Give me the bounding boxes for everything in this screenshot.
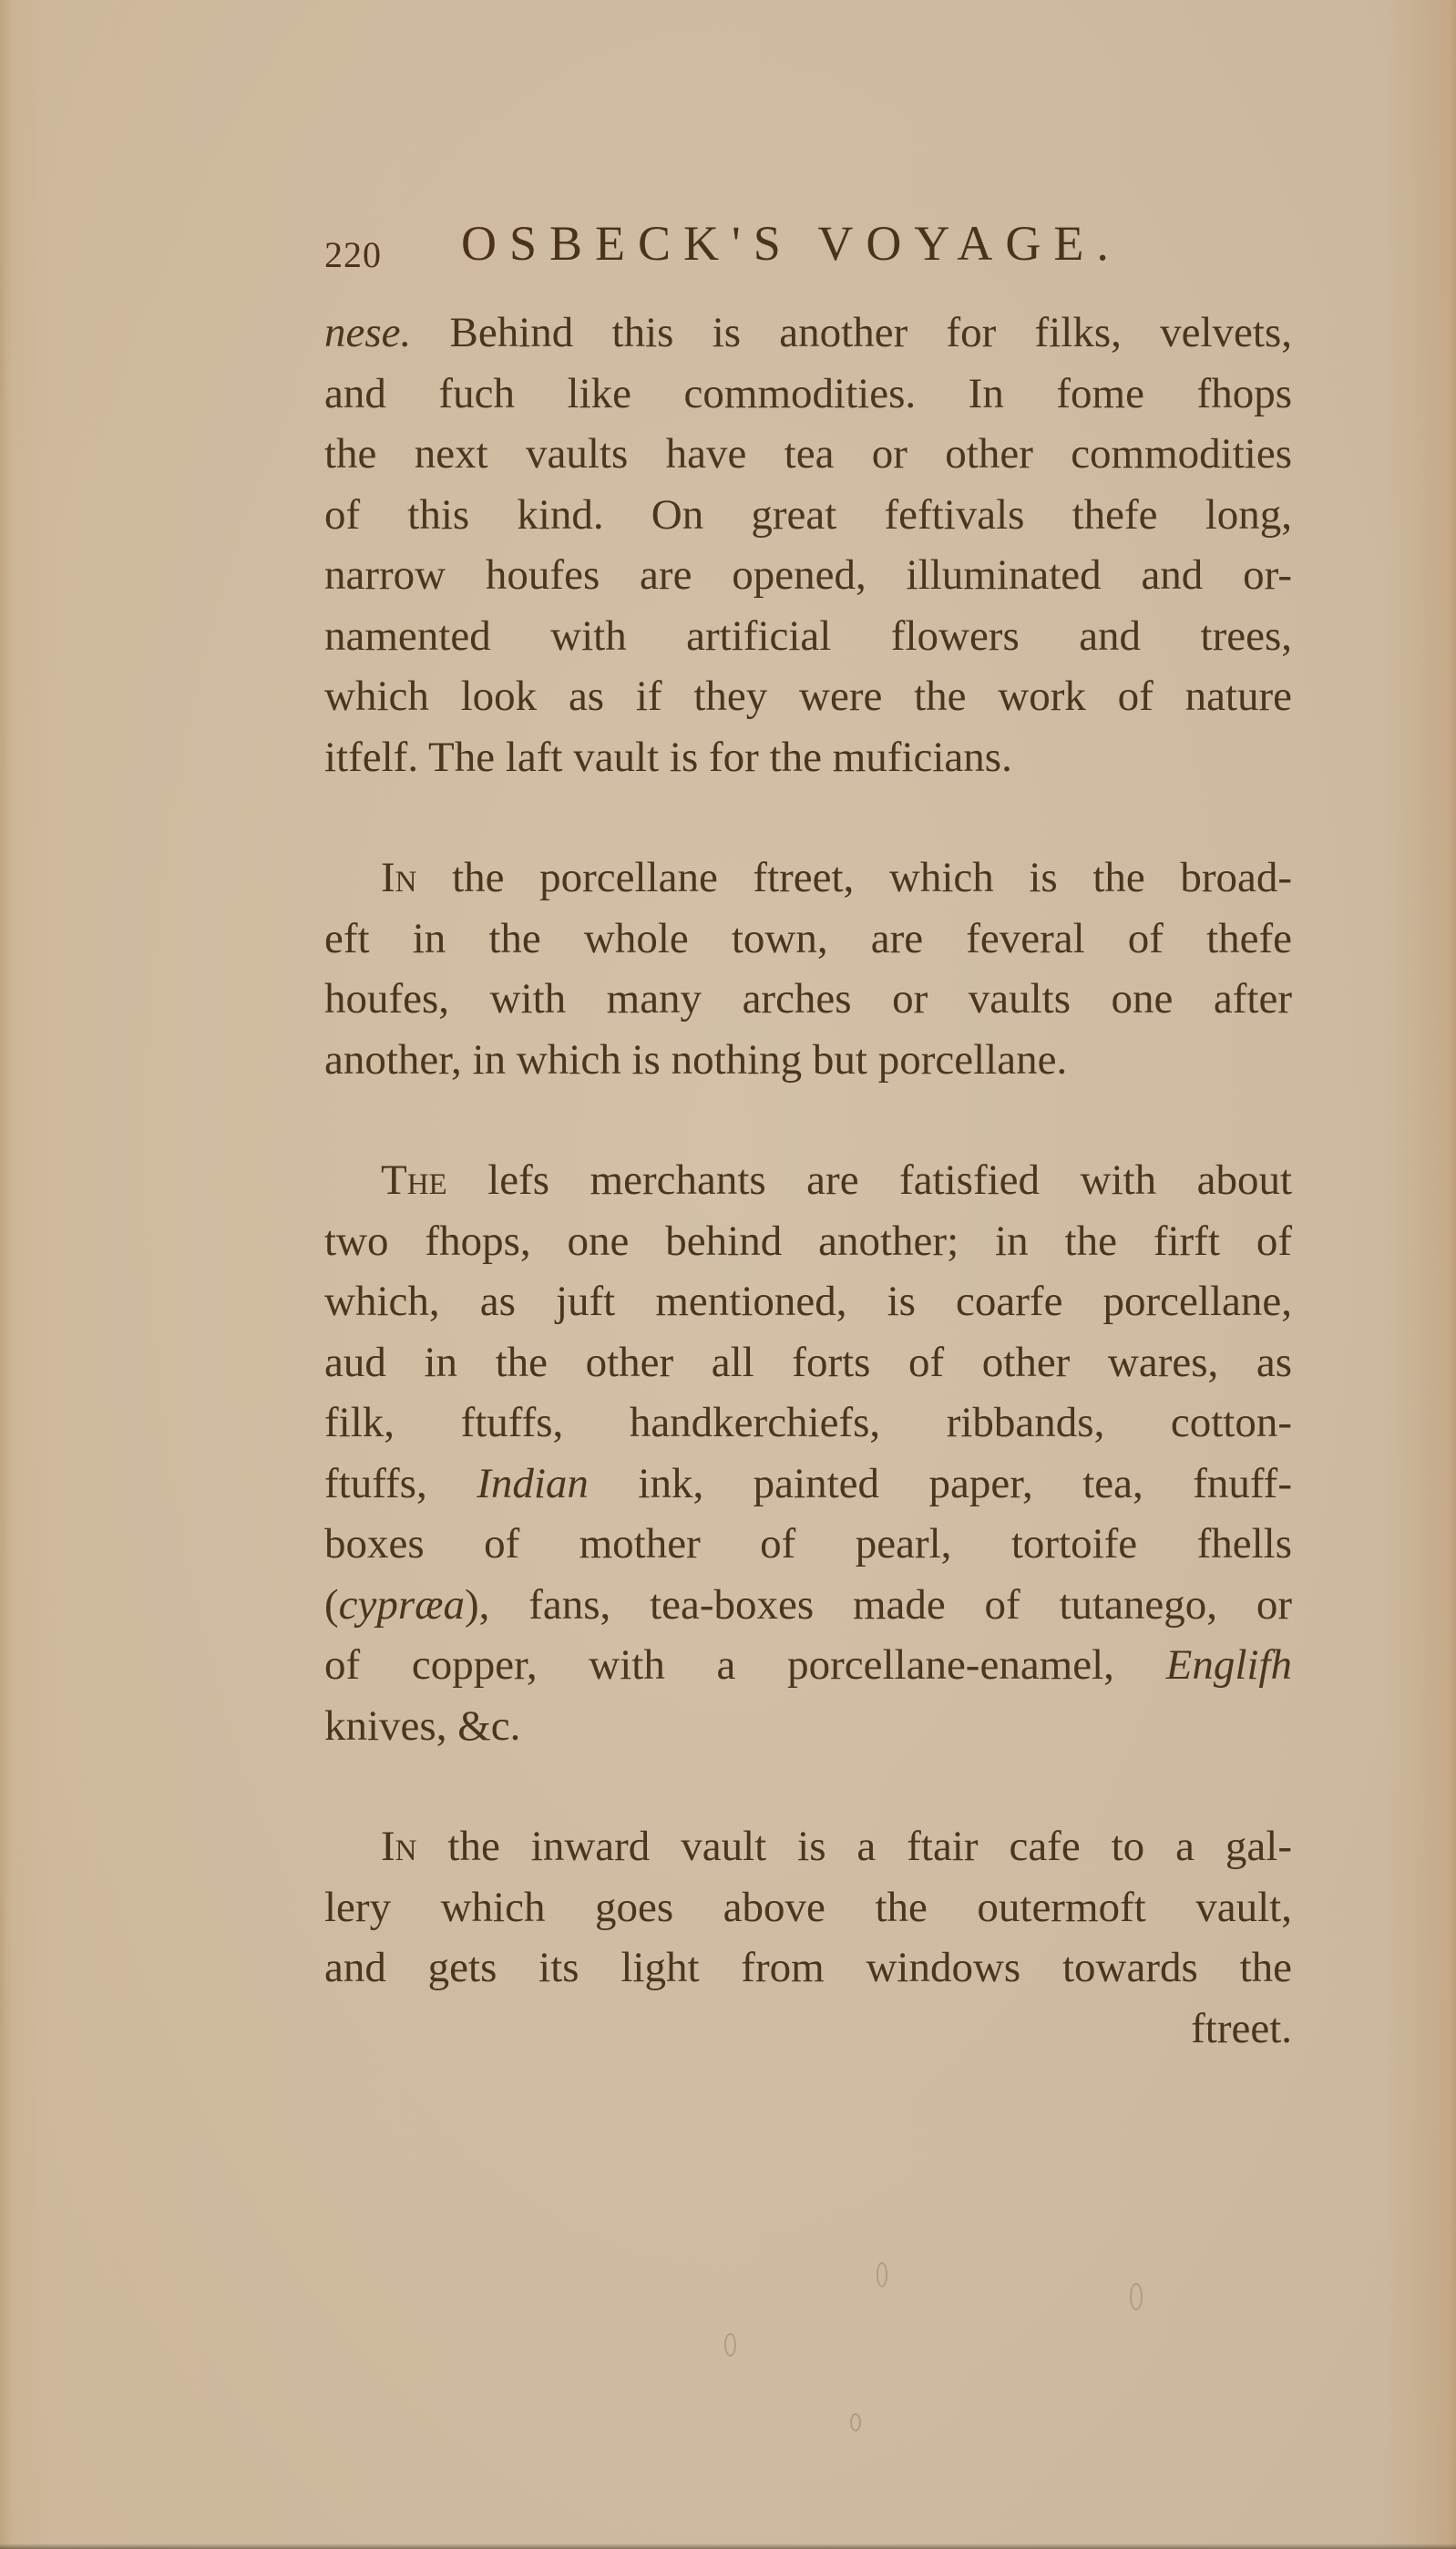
small-caps-lead: The	[381, 1156, 447, 1204]
text-line: the next vaults have tea or other commod…	[324, 424, 1292, 485]
paragraph-less-merchants: The lefs merchants are fatisfied with ab…	[324, 1150, 1292, 1756]
line-text: ftuffs,	[324, 1460, 477, 1507]
text-line: namented with artificial flowers and tre…	[324, 606, 1292, 667]
text-line: boxes of mother of pearl, tortoife fhell…	[324, 1514, 1292, 1575]
text-line: houfes, with many arches or vaults one a…	[324, 969, 1292, 1030]
text-line: In the porcellane ftreet, which is the b…	[324, 848, 1292, 909]
running-title: OSBECK'S VOYAGE.	[461, 215, 1122, 272]
text-line: The lefs merchants are fatisfied with ab…	[324, 1150, 1292, 1211]
text-line: two fhops, one behind another; in the fi…	[324, 1211, 1292, 1272]
text-line: aud in the other all forts of other ware…	[324, 1332, 1292, 1393]
text-line: (cypræa), fans, tea-boxes made of tutane…	[324, 1575, 1292, 1636]
line-text: of copper, with a porcellane-enamel,	[324, 1641, 1166, 1689]
line-text: the porcellane ftreet, which is the broa…	[416, 854, 1292, 901]
small-caps-lead: In	[381, 854, 416, 901]
paragraph-gap	[324, 787, 1292, 848]
italic-word: nese.	[324, 309, 411, 356]
text-line: narrow houfes are opened, illuminated an…	[324, 545, 1292, 606]
line-text: Behind this is another for filks, velvet…	[411, 309, 1292, 356]
body-text: nese. Behind this is another for filks, …	[324, 303, 1292, 2059]
line-text: ), fans, tea-boxes made of tutanego, or	[465, 1581, 1292, 1629]
text-line: ftreet.	[324, 1999, 1292, 2060]
text-line: ftuffs, Indian ink, painted paper, tea, …	[324, 1454, 1292, 1515]
text-line: of this kind. On great feftivals thefe l…	[324, 485, 1292, 546]
paragraph-gap	[324, 1090, 1292, 1150]
text-line: nese. Behind this is another for filks, …	[324, 303, 1292, 364]
text-line: which look as if they were the work of n…	[324, 666, 1292, 727]
text-line: In the inward vault is a ftair cafe to a…	[324, 1816, 1292, 1877]
paper-stain	[724, 2333, 736, 2357]
text-line: itfelf. The laft vault is for the mufici…	[324, 727, 1292, 788]
text-line: knives, &c.	[324, 1696, 1292, 1757]
text-line: lery which goes above the outermoft vaul…	[324, 1877, 1292, 1938]
text-line: which, as juft mentioned, is coarfe porc…	[324, 1271, 1292, 1332]
line-text: (	[324, 1581, 339, 1629]
italic-word: Englifh	[1166, 1641, 1292, 1689]
small-caps-lead: In	[381, 1823, 416, 1870]
text-line: filk, ftuffs, handkerchiefs, ribbands, c…	[324, 1393, 1292, 1454]
paper-stain	[850, 2413, 861, 2431]
page-number: 220	[324, 233, 382, 276]
paper-stain	[877, 2262, 887, 2287]
text-line: eft in the whole town, are feveral of th…	[324, 909, 1292, 970]
paragraph-inward-vault: In the inward vault is a ftair cafe to a…	[324, 1816, 1292, 2059]
paragraph-gap	[324, 1756, 1292, 1816]
text-line: of copper, with a porcellane-enamel, Eng…	[324, 1635, 1292, 1696]
line-text: lefs merchants are fatisfied with about	[447, 1156, 1292, 1204]
text-line: and fuch like commodities. In fome fhops	[324, 364, 1292, 425]
text-line: another, in which is nothing but porcell…	[324, 1030, 1292, 1091]
running-head: 220 OSBECK'S VOYAGE.	[324, 211, 1236, 275]
paper-stain	[1130, 2283, 1143, 2310]
book-page: 220 OSBECK'S VOYAGE. nese. Behind this i…	[0, 0, 1456, 2549]
paragraph-continuation: nese. Behind this is another for filks, …	[324, 303, 1292, 787]
italic-word: cypræa	[339, 1581, 465, 1629]
text-line: and gets its light from windows towards …	[324, 1937, 1292, 1999]
paragraph-porcellane-street: In the porcellane ftreet, which is the b…	[324, 848, 1292, 1090]
line-text: ink, painted paper, tea, fnuff-	[589, 1460, 1292, 1507]
italic-word: Indian	[477, 1460, 589, 1507]
line-text: the inward vault is a ftair cafe to a ga…	[416, 1823, 1292, 1870]
